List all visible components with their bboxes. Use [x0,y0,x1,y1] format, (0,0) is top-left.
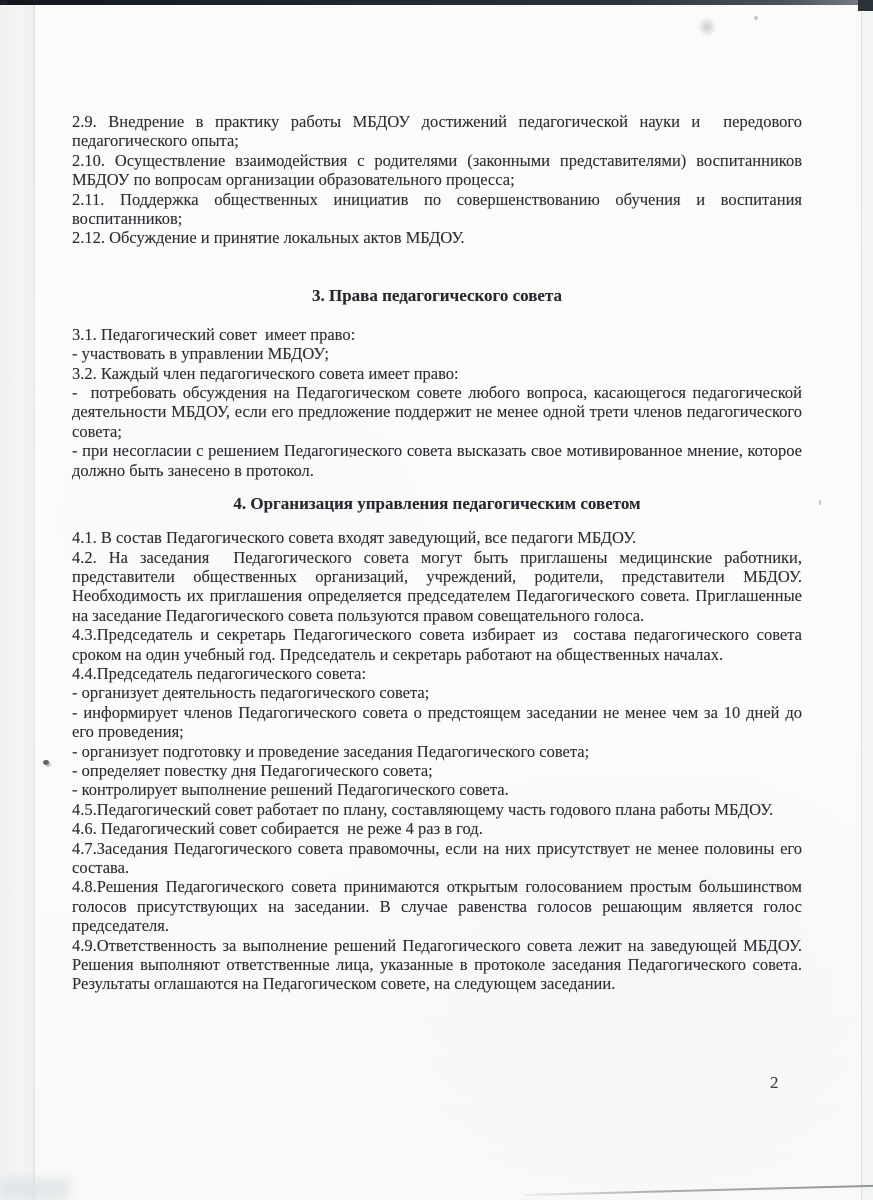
paragraph: - участвовать в управлении МБДОУ; [72,344,802,363]
page-bottom-edge-shadow [525,1184,873,1196]
paragraph: 4.7.Заседания Педагогического совета пра… [72,839,802,878]
section-2-duties: 2.9. Внедрение в практику работы МБДОУ д… [72,112,802,248]
paragraph: 3.2. Каждый член педагогического совета … [72,364,802,383]
section-3-heading: 3. Права педагогического совета [72,286,802,306]
paragraph: 2.10. Осуществление взаимодействия с род… [72,151,802,190]
staple-mark [43,760,49,765]
paragraph: 2.9. Внедрение в практику работы МБДОУ д… [72,112,802,151]
scan-speck [754,16,758,20]
scanned-document-page: 2.9. Внедрение в практику работы МБДОУ д… [0,0,873,1200]
paragraph: - потребовать обсуждения на Педагогическ… [72,383,802,441]
paragraph: - информирует членов Педагогического сов… [72,703,802,742]
scan-top-right-corner [858,0,873,11]
scan-top-edge [0,0,873,5]
section-4-management: 4.1. В состав Педагогического совета вхо… [72,528,802,994]
paragraph: - контролирует выполнение решений Педаго… [72,780,802,799]
paragraph: 4.2. На заседания Педагогического совета… [72,548,802,626]
document-body: 2.9. Внедрение в практику работы МБДОУ д… [72,112,802,994]
paper-left-edge [0,5,33,1200]
paragraph: - организует деятельность педагогическог… [72,683,802,702]
paragraph: - определяет повестку дня Педагогическог… [72,761,802,780]
paragraph: 3.1. Педагогический совет имеет право: [72,325,802,344]
paper-fold-line [33,5,35,1200]
page-number: 2 [770,1073,779,1093]
paragraph: 2.12. Обсуждение и принятие локальных ак… [72,228,802,247]
bottom-left-shadow [0,1178,70,1200]
paragraph: - при несогласии с решением Педагогическ… [72,441,802,480]
paragraph: 4.4.Председатель педагогического совета: [72,664,802,683]
paragraph: - организует подготовку и проведение зас… [72,742,802,761]
section-3-rights: 3.1. Педагогический совет имеет право: -… [72,325,802,480]
ink-smudge [699,17,717,37]
paragraph: 4.3.Председатель и секретарь Педагогичес… [72,625,802,664]
paragraph: 4.1. В состав Педагогического совета вхо… [72,528,802,547]
paragraph: 4.5.Педагогический совет работает по пла… [72,800,802,819]
paragraph: 4.8.Решения Педагогического совета прини… [72,877,802,935]
paragraph: 4.9.Ответственность за выполнение решени… [72,936,802,994]
section-4-heading: 4. Организация управления педагогическим… [72,494,802,514]
paper-right-edge [861,12,873,1200]
scan-speck [819,500,821,505]
paragraph: 2.11. Поддержка общественных инициатив п… [72,190,802,229]
paragraph: 4.6. Педагогический совет собирается не … [72,819,802,838]
